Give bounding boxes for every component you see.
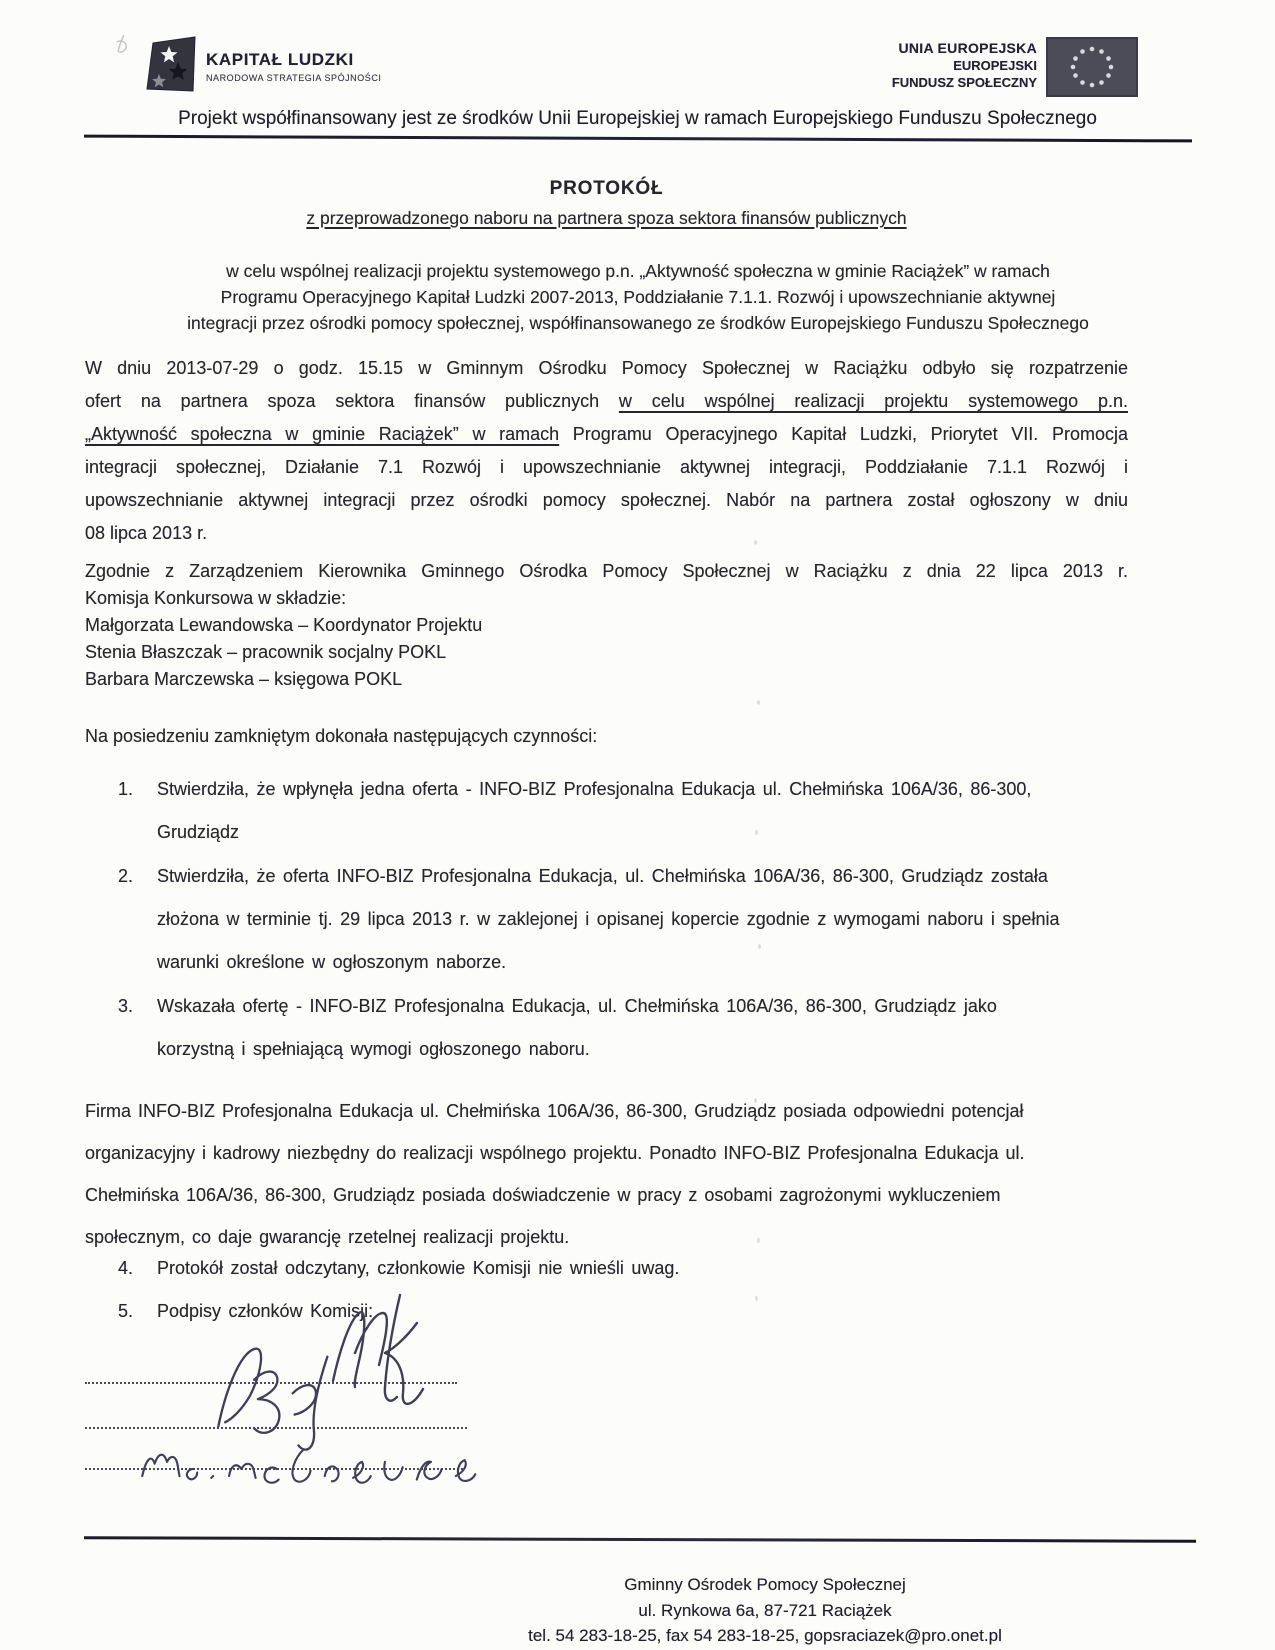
item-number: 2. bbox=[118, 855, 157, 984]
paragraph-line: Firma INFO-BIZ Profesjonalna Edukacja ul… bbox=[85, 1090, 1145, 1132]
scanned-protocol-page: KAPITAŁ LUDZKI NARODOWA STRATEGIA SPÓJNO… bbox=[0, 0, 1275, 1650]
item-text: Stwierdziła, że oferta INFO-BIZ Profesjo… bbox=[157, 855, 1138, 984]
text-segment: ofert na partnera spoza sektora finansów… bbox=[85, 391, 619, 411]
item-line: Stwierdziła, że wpłynęła jedna oferta - … bbox=[157, 768, 1138, 811]
doc-title: PROTOKÓŁ bbox=[85, 178, 1128, 200]
paragraph-line: społecznym, co daje gwarancję rzetelnej … bbox=[85, 1216, 1145, 1258]
paragraph-line: Zgodnie z Zarządzeniem Kierownika Gminne… bbox=[85, 558, 1128, 585]
eu-label: UNIA EUROPEJSKA EUROPEJSKI FUNDUSZ SPOŁE… bbox=[855, 40, 1037, 90]
item-line: Wskazała ofertę - INFO-BIZ Profesjonalna… bbox=[157, 985, 1138, 1028]
footer: Gminny Ośrodek Pomocy Społecznej ul. Ryn… bbox=[300, 1572, 1230, 1649]
action-item-3: 3. Wskazała ofertę - INFO-BIZ Profesjona… bbox=[118, 985, 1138, 1071]
signature-3 bbox=[103, 1430, 573, 1492]
eu-union-label: UNIA EUROPEJSKA bbox=[855, 40, 1037, 56]
scan-speckle bbox=[755, 830, 758, 835]
footer-contact: tel. 54 283-18-25, fax 54 283-18-25, gop… bbox=[300, 1623, 1230, 1649]
item-number: 5. bbox=[118, 1301, 157, 1322]
action-item-5: 5. Podpisy członków Komisji: bbox=[118, 1301, 1138, 1322]
eu-flag-icon bbox=[1046, 37, 1138, 97]
footer-rule bbox=[84, 1536, 1196, 1542]
header-rule bbox=[84, 135, 1192, 143]
paragraph-line: Komisja Konkursowa w składzie: bbox=[85, 585, 1128, 612]
doc-subtitle: z przeprowadzonego naboru na partnera sp… bbox=[85, 208, 1128, 229]
company-assessment-paragraph: Firma INFO-BIZ Profesjonalna Edukacja ul… bbox=[85, 1090, 1145, 1258]
item-line: Stwierdziła, że oferta INFO-BIZ Profesjo… bbox=[157, 855, 1138, 898]
kapital-ludzki-flag-icon bbox=[143, 36, 201, 98]
scan-speckle bbox=[755, 1296, 758, 1301]
paragraph-line: Chełmińska 106A/36, 86-300, Grudziądz po… bbox=[85, 1174, 1145, 1216]
footer-address: ul. Rynkowa 6a, 87-721 Raciążek bbox=[300, 1598, 1230, 1624]
item-text: Stwierdziła, że wpłynęła jedna oferta - … bbox=[157, 768, 1138, 854]
paragraph-line: ofert na partnera spoza sektora finansów… bbox=[85, 385, 1128, 418]
intro-paragraph: w celu wspólnej realizacji projektu syst… bbox=[88, 258, 1188, 336]
action-item-4: 4. Protokół został odczytany, członkowie… bbox=[118, 1258, 1138, 1279]
item-text: Wskazała ofertę - INFO-BIZ Profesjonalna… bbox=[157, 985, 1138, 1071]
footer-org-name: Gminny Ośrodek Pomocy Społecznej bbox=[300, 1572, 1230, 1598]
kapital-ludzki-label: KAPITAŁ LUDZKI NARODOWA STRATEGIA SPÓJNO… bbox=[206, 50, 381, 83]
commission-paragraph: Zgodnie z Zarządzeniem Kierownika Gminne… bbox=[85, 558, 1128, 693]
underlined-segment: „Aktywność społeczna w gminie Raciążek” … bbox=[85, 424, 559, 444]
action-item-1: 1. Stwierdziła, że wpłynęła jedna oferta… bbox=[118, 768, 1138, 854]
session-intro: Na posiedzeniu zamkniętym dokonała nastę… bbox=[85, 726, 1128, 747]
pencil-mark bbox=[110, 32, 132, 58]
scan-speckle bbox=[756, 368, 759, 373]
eu-fund-label-1: EUROPEJSKI bbox=[855, 58, 1037, 73]
item-number: 3. bbox=[118, 985, 157, 1071]
kapital-ludzki-subtitle: NARODOWA STRATEGIA SPÓJNOŚCI bbox=[206, 73, 381, 83]
item-line: korzystną i spełniającą wymogi ogłoszone… bbox=[157, 1028, 1138, 1071]
scan-speckle bbox=[754, 540, 757, 545]
paragraph-line: organizacyjny i kadrowy niezbędny do rea… bbox=[85, 1132, 1145, 1174]
paragraph-line: 08 lipca 2013 r. bbox=[85, 517, 1128, 550]
item-line: warunki określone w ogłoszonym naborze. bbox=[157, 941, 1138, 984]
text-segment: Programu Operacyjnego Kapitał Ludzki, Pr… bbox=[559, 424, 1128, 444]
scan-speckle bbox=[754, 1098, 757, 1103]
commission-member: Małgorzata Lewandowska – Koordynator Pro… bbox=[85, 612, 1128, 639]
paragraph-line: integracji społecznej, Działanie 7.1 Roz… bbox=[85, 451, 1128, 484]
action-item-2: 2. Stwierdziła, że oferta INFO-BIZ Profe… bbox=[118, 855, 1138, 984]
intro-line: integracji przez ośrodki pomocy społeczn… bbox=[88, 310, 1188, 336]
kapital-ludzki-title: KAPITAŁ LUDZKI bbox=[206, 50, 381, 70]
item-number: 1. bbox=[118, 768, 157, 854]
item-text: Protokół został odczytany, członkowie Ko… bbox=[157, 1258, 1138, 1279]
scan-speckle bbox=[758, 944, 761, 949]
scan-speckle bbox=[757, 1238, 760, 1243]
eu-fund-label-2: FUNDUSZ SPOŁECZNY bbox=[855, 75, 1037, 90]
paragraph-line: upowszechnianie aktywnej integracji prze… bbox=[85, 484, 1128, 517]
cofinance-note: Projekt współfinansowany jest ze środków… bbox=[85, 108, 1190, 130]
underlined-segment: w celu wspólnej realizacji projektu syst… bbox=[619, 391, 1128, 411]
commission-member: Stenia Błaszczak – pracownik socjalny PO… bbox=[85, 639, 1128, 666]
paragraph-line: W dniu 2013-07-29 o godz. 15.15 w Gminny… bbox=[85, 352, 1128, 385]
intro-line: w celu wspólnej realizacji projektu syst… bbox=[88, 258, 1188, 284]
item-line: złożona w terminie tj. 29 lipca 2013 r. … bbox=[157, 898, 1138, 941]
scan-speckle bbox=[757, 700, 760, 705]
commission-member: Barbara Marczewska – księgowa POKL bbox=[85, 666, 1128, 693]
event-paragraph: W dniu 2013-07-29 o godz. 15.15 w Gminny… bbox=[85, 352, 1128, 550]
item-number: 4. bbox=[118, 1258, 157, 1279]
intro-line: Programu Operacyjnego Kapitał Ludzki 200… bbox=[88, 284, 1188, 310]
item-line: Grudziądz bbox=[157, 811, 1138, 854]
paragraph-line: „Aktywność społeczna w gminie Raciążek” … bbox=[85, 418, 1128, 451]
